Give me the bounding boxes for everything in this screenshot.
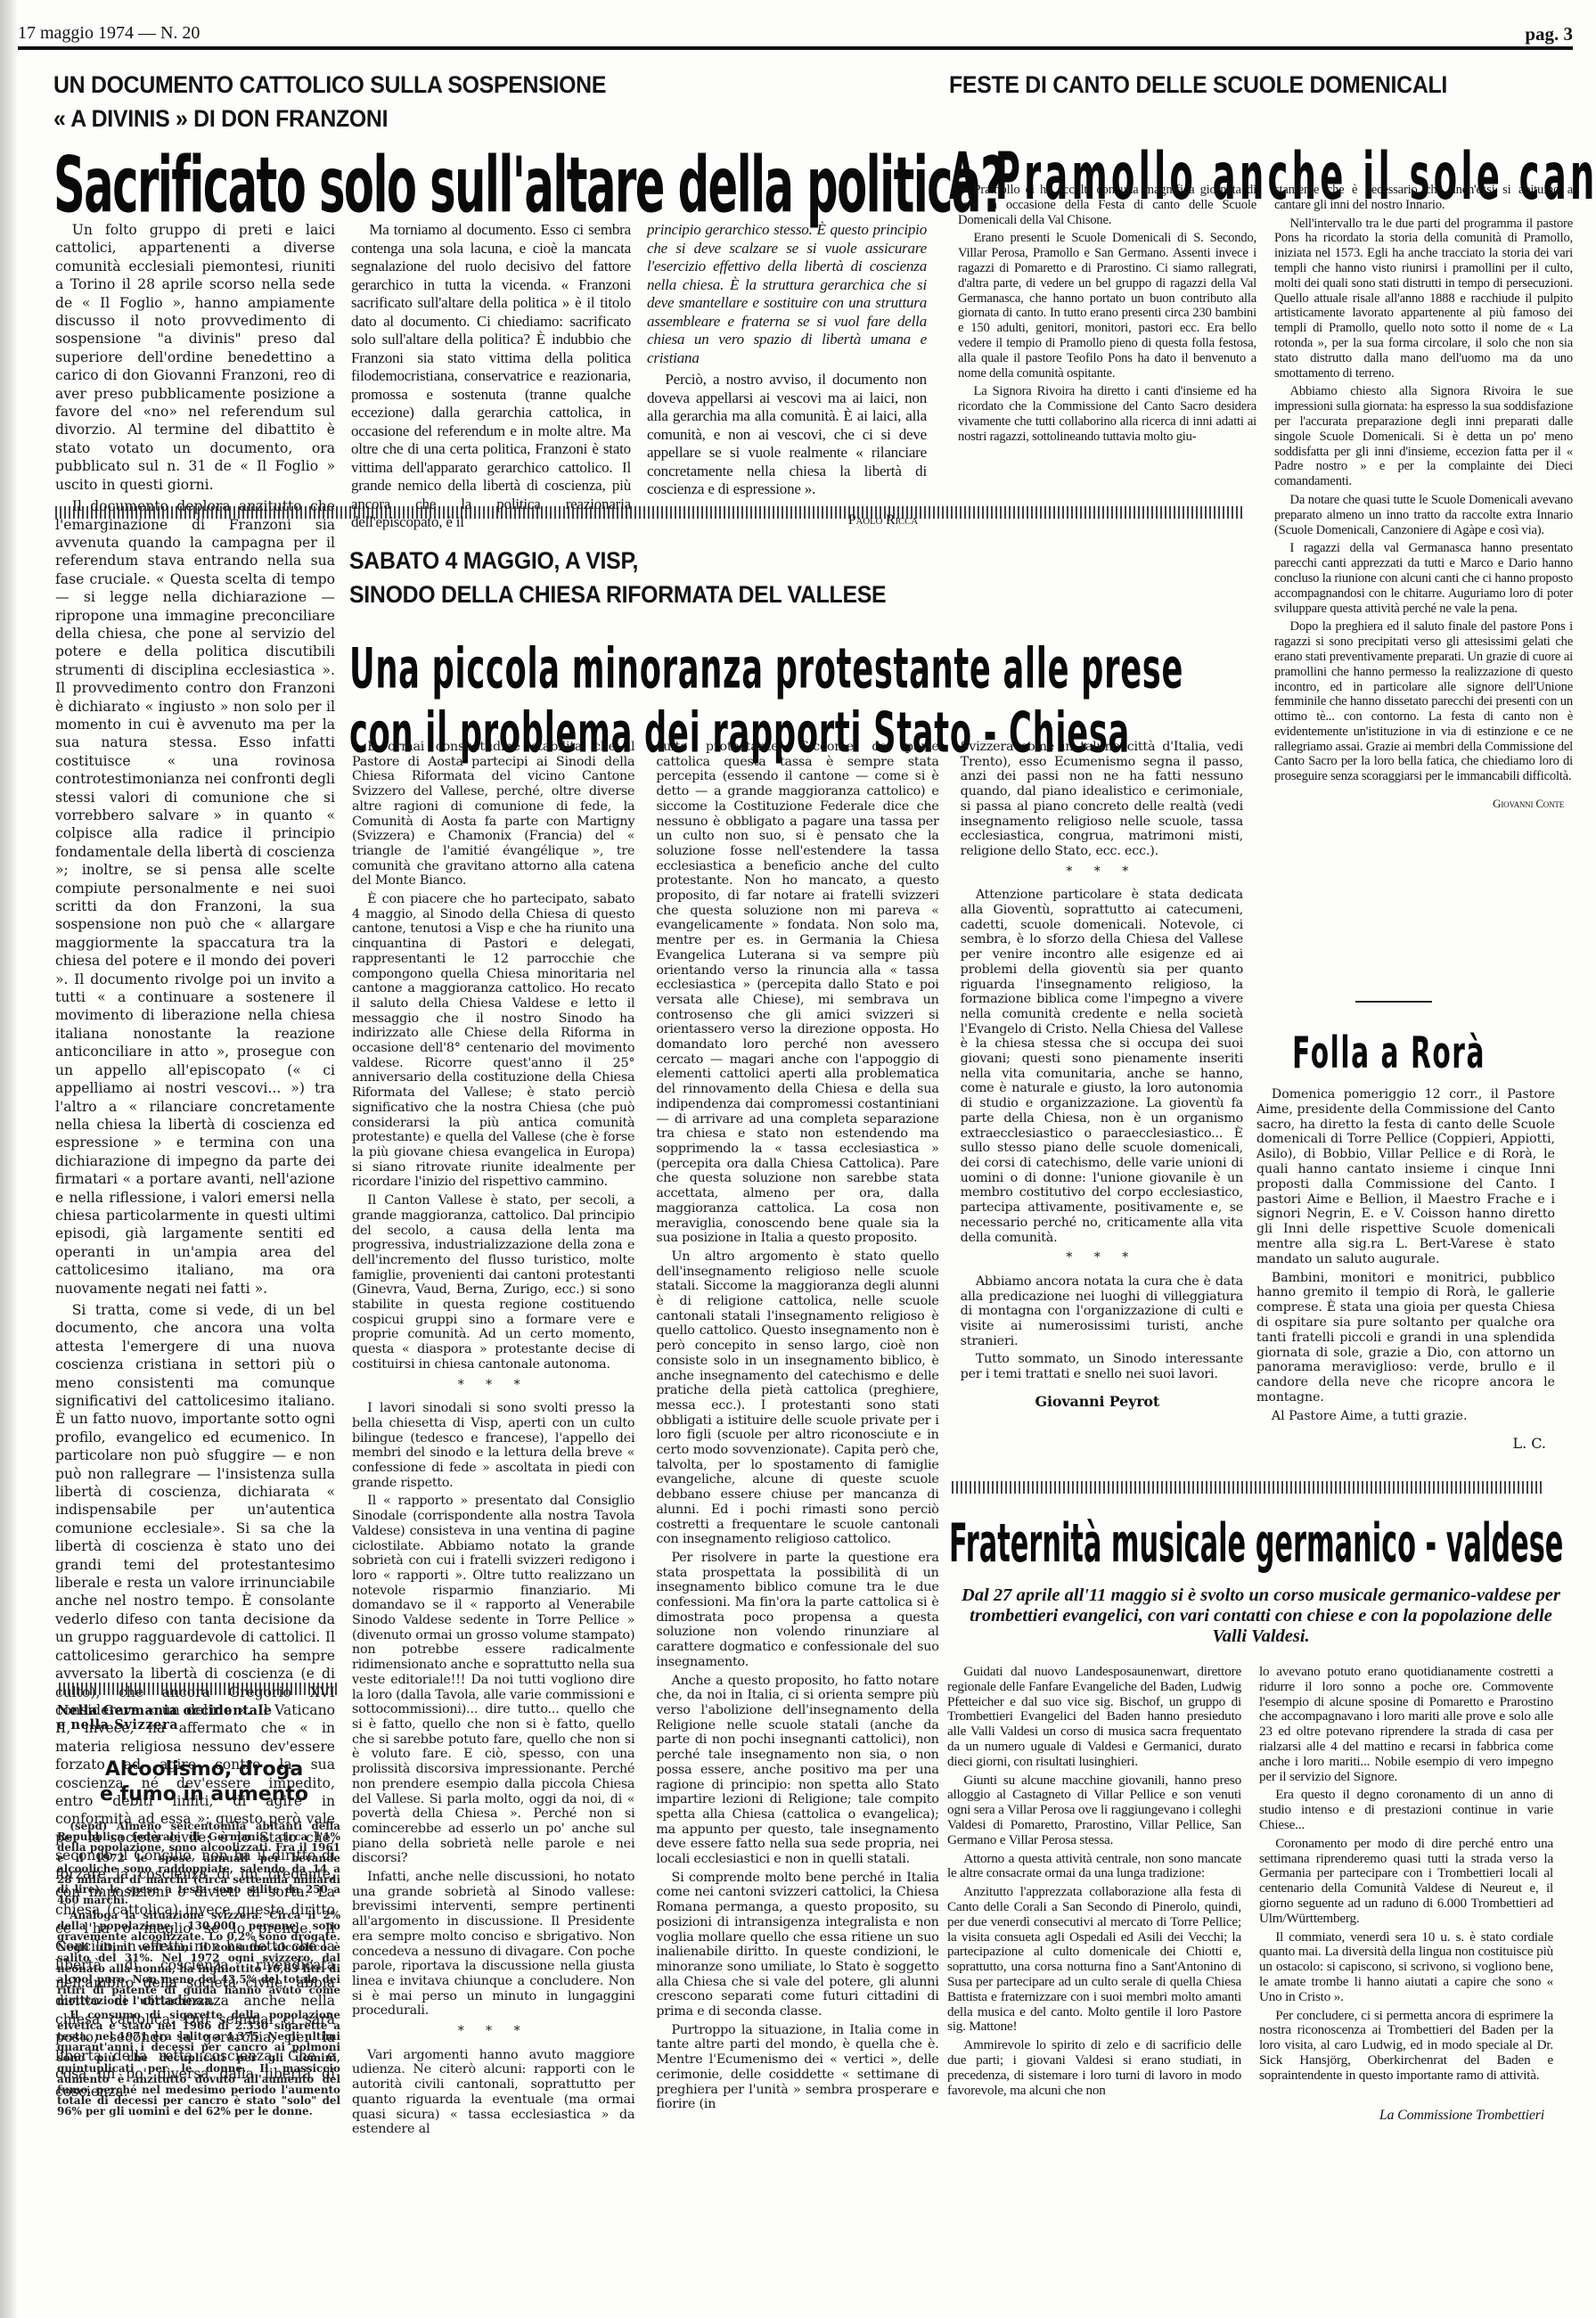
section-separator: * * *	[352, 1378, 634, 1393]
paragraph: Ma torniamo al documento. Esso ci sembra…	[351, 221, 631, 532]
paragraph: Domenica pomeriggio 12 corr., il Pastore…	[1256, 1087, 1555, 1267]
paragraph: Il commiato, venerdì sera 10 u. s. è sta…	[1259, 1930, 1553, 2005]
section-separator: * * *	[961, 1250, 1243, 1265]
paragraph: Dopo la preghiera ed il saluto finale de…	[1274, 619, 1573, 784]
article-column: lo avevano potuto erano quotidianamente …	[1259, 1665, 1553, 2123]
paragraph: Attorno a questa attività centrale, non …	[947, 1852, 1241, 1882]
article-kicker: « A DIVINIS » DI DON FRANZONI	[53, 103, 861, 134]
article-column: culto protestante. Siccome da parte catt…	[656, 740, 938, 2141]
article-franzoni: UN DOCUMENTO CATTOLICO SULLA SOSPENSIONE…	[53, 70, 931, 209]
paragraph: Si comprende molto bene perché in Italia…	[656, 1871, 938, 2019]
author-signature: Giovanni Conte	[1274, 797, 1573, 812]
article-headline: Folla a Rorà	[1256, 1025, 1489, 1080]
section-separator: * * *	[352, 2024, 634, 2039]
article-body: Domenica pomeriggio 12 corr., il Pastore…	[1256, 1087, 1555, 1451]
paragraph: lo avevano potuto erano quotidianamente …	[1259, 1665, 1553, 1784]
paragraph: (sepd) Almeno seicentomila abitanti dell…	[57, 1822, 340, 1906]
paragraph: Per concludere, ci si permetta ancora di…	[1259, 2009, 1553, 2084]
section-divider	[59, 1683, 338, 1695]
paragraph: stamente che è necessario che anch'essi …	[1274, 183, 1573, 213]
author-signature: La Commissione Trombettieri	[1259, 2109, 1553, 2124]
paragraph: principio gerarchico stesso. È questo pr…	[647, 221, 927, 367]
page-number: pag. 3	[1525, 23, 1573, 45]
paragraph: Purtroppo la situazione, in Italia come …	[656, 2023, 938, 2112]
paragraph: Da notare che quasi tutte le Scuole Dome…	[1274, 493, 1573, 537]
article-subhead: Dal 27 aprile all'11 maggio si è svolto …	[949, 1585, 1573, 1647]
paragraph: Analoga la situazione svizzera. Circa il…	[57, 1911, 340, 2006]
short-rule	[1355, 1001, 1432, 1003]
paragraph: Guidati dal nuovo Landesposaunenwart, di…	[947, 1665, 1241, 1770]
paragraph: Attenzione particolare è stata dedicata …	[961, 888, 1243, 1245]
article-headline: Alcoolismo, droga	[57, 1757, 340, 1782]
paragraph: Bambini, monitori e monitrici, pubblico …	[1256, 1271, 1555, 1405]
paragraph: Erano presenti le Scuole Domenicali di S…	[958, 231, 1256, 381]
issue-date: 17 maggio 1974 — N. 20	[18, 23, 200, 44]
paragraph: Nell'intervallo tra le due parti del pro…	[1274, 217, 1573, 381]
paragraph: Per risolvere in parte la questione era …	[656, 1551, 938, 1670]
paragraph: Anzitutto l'apprezzata collaborazione al…	[947, 1885, 1241, 2035]
paragraph: Abbiamo chiesto alla Signora Rivoira le …	[1274, 384, 1573, 489]
article-rora: Folla a Rorà Domenica pomeriggio 12 corr…	[1256, 1025, 1555, 1451]
article-headline: Una piccola minoranza protestante alle p…	[349, 636, 984, 701]
article-fraternita: Fraternità musicale germanico - valdese …	[949, 1511, 1573, 1647]
article-kicker: Nella Germania occidentale	[57, 1704, 340, 1718]
paragraph: Abbiamo ancora notata la cura che è data…	[961, 1274, 1243, 1349]
paragraph: Anche a questo proposito, ho fatto notar…	[656, 1674, 938, 1867]
paragraph: Tutto sommato, un Sinodo interessante pe…	[961, 1352, 1243, 1381]
paragraph: culto protestante. Siccome da parte catt…	[656, 740, 938, 1246]
paragraph: Un altro argomento è stato quello dell'i…	[656, 1249, 938, 1547]
paragraph: È con piacere che ho partecipato, sabato…	[352, 892, 634, 1190]
fraternita-columns: Guidati dal nuovo Landesposaunenwart, di…	[947, 1665, 1553, 2123]
article-headline: e fumo in aumento	[57, 1782, 340, 1807]
paragraph: Il consumo di sigarette della popolazion…	[57, 2011, 340, 2117]
article-headline: Fraternità musicale germanico - valdese	[949, 1511, 1361, 1576]
paragraph: Infatti, anche nelle discussioni, ho not…	[352, 1870, 634, 2019]
paragraph: La Signora Rivoira ha diretto i canti d'…	[958, 384, 1256, 444]
article-body: (sepd) Almeno seicentomila abitanti dell…	[57, 1822, 340, 2117]
paragraph: Era questo il degno coronamento di un an…	[1259, 1788, 1553, 1832]
paragraph: Un folto gruppo di preti e laici cattoli…	[55, 221, 335, 494]
paragraph: Vari argomenti hanno avuto maggiore udie…	[352, 2048, 634, 2137]
paragraph: Il « rapporto » presentato dal Consiglio…	[352, 1494, 634, 1866]
section-divider	[952, 1481, 1544, 1494]
section-divider	[55, 506, 1245, 519]
author-signature: Giovanni Peyrot	[961, 1395, 1243, 1410]
header-rule	[18, 46, 1573, 50]
paragraph: Pramollo ci ha accolti con una magnifica…	[958, 183, 1256, 227]
article-visp: SABATO 4 MAGGIO, A VISP, SINODO DELLA CH…	[349, 545, 1249, 752]
article-column: È ormai consuetudine stabilita che il Pa…	[352, 740, 634, 2141]
article-column: stamente che è necessario che anch'essi …	[1274, 183, 1573, 812]
paragraph: I ragazzi della val Germanasca hanno pre…	[1274, 541, 1573, 616]
article-kicker: FESTE DI CANTO DELLE SCUOLE DOMENICALI	[949, 70, 1523, 100]
paragraph: È ormai consuetudine stabilita che il Pa…	[352, 740, 634, 889]
scan-page-edge	[0, 0, 18, 2318]
paragraph: I lavori sinodali si sono svolti presso …	[352, 1401, 634, 1490]
paragraph: Svizzera come in talune città d'Italia, …	[961, 740, 1243, 859]
article-alcoolismo: Nella Germania occidentale e nella Svizz…	[57, 1704, 340, 2120]
paragraph: Il Canton Vallese è stato, per secoli, a…	[352, 1193, 634, 1372]
article-pramollo: FESTE DI CANTO DELLE SCUOLE DOMENICALI A…	[949, 70, 1573, 200]
article-kicker: SINODO DELLA CHIESA RIFORMATA DEL VALLES…	[349, 579, 1177, 610]
paragraph: Coronamento per modo di dire perché entr…	[1259, 1837, 1553, 1927]
paragraph: Il documento deplora anzitutto che l'ema…	[55, 497, 335, 1298]
author-signature: L. C.	[1256, 1437, 1555, 1452]
article-column: Guidati dal nuovo Landesposaunenwart, di…	[947, 1665, 1241, 2123]
article-kicker: e nella Svizzera	[57, 1718, 340, 1732]
paragraph: Giunti su alcune macchine giovanili, han…	[947, 1773, 1241, 1848]
article-kicker: UN DOCUMENTO CATTOLICO SULLA SOSPENSIONE	[53, 70, 861, 100]
paragraph: Ammirevole lo spirito di zelo e di sacri…	[947, 2038, 1241, 2098]
article-headline: Sacrificato solo sull'altare della polit…	[53, 141, 733, 233]
paragraph: Al Pastore Aime, a tutti grazie.	[1256, 1409, 1555, 1424]
section-separator: * * *	[961, 864, 1243, 880]
paragraph: Perciò, a nostro avviso, il documento no…	[647, 371, 927, 499]
article-kicker: SABATO 4 MAGGIO, A VISP,	[349, 545, 1177, 576]
